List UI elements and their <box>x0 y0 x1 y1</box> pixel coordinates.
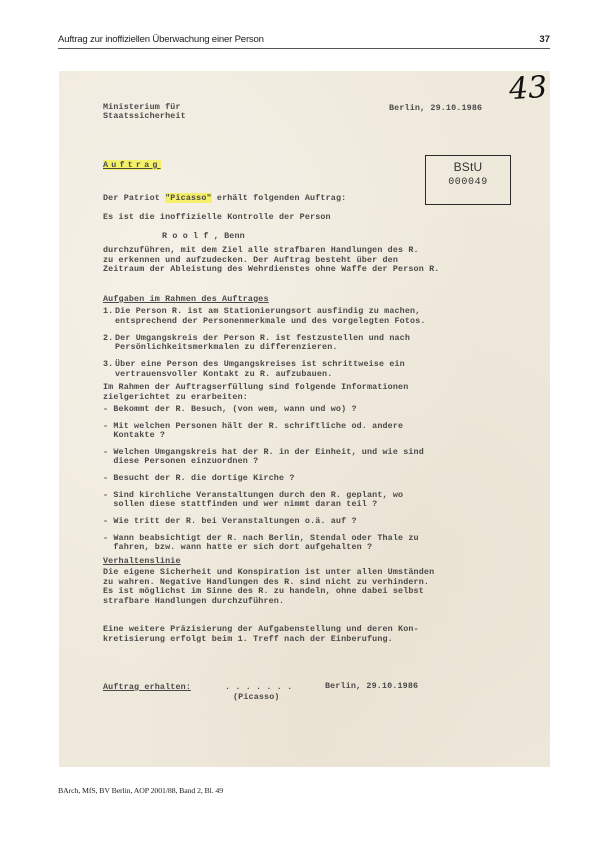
signature-dots: . . . . . . . <box>225 683 292 692</box>
intro-line: Der Patriot "Picasso" erhält folgenden A… <box>103 194 346 203</box>
handwritten-folio-number: 43 <box>508 70 549 108</box>
conduct-line: Die eigene Sicherheit und Konspiration i… <box>103 568 434 577</box>
task-number: 3. <box>103 360 113 369</box>
purpose-line: Zeitraum der Ableistung des Wehrdienstes… <box>103 265 439 274</box>
question-line: - Bekommt der R. Besuch, (von wem, wann … <box>103 405 357 414</box>
tasks-heading: Aufgaben im Rahmen des Auftrages <box>103 295 269 304</box>
info-intro-line: zielgerichtet zu erarbeiten: <box>103 393 248 402</box>
closing-line: Eine weitere Präzisierung der Aufgabenst… <box>103 625 419 634</box>
running-head: Auftrag zur inoffiziellen Überwachung ei… <box>58 34 550 49</box>
question-line: - Wie tritt der R. bei Veranstaltungen o… <box>103 517 357 526</box>
task-line: Über eine Person des Umgangskreises ist … <box>115 360 405 369</box>
control-line: Es ist die inoffizielle Kontrolle der Pe… <box>103 213 331 222</box>
task-line: entsprechend der Personenmerkmale und de… <box>115 317 426 326</box>
received-label: Auftrag erhalten: <box>103 683 191 692</box>
closing-line: kretisierung erfolgt beim 1. Treff nach … <box>103 635 393 644</box>
document-heading: Auftrag <box>103 161 161 170</box>
signature-name: (Picasso) <box>233 693 280 702</box>
conduct-heading: Verhaltenslinie <box>103 557 181 566</box>
codename: "Picasso" <box>165 193 212 203</box>
received-place-date: Berlin, 29.10.1986 <box>325 682 418 691</box>
task-line: Die Person R. ist am Stationierungsort a… <box>115 307 420 316</box>
intro-prefix: Der Patriot <box>103 193 165 203</box>
info-intro-line: Im Rahmen der Auftragserfüllung sind fol… <box>103 383 408 392</box>
page-number: 37 <box>539 34 550 45</box>
task-line: vertrauensvoller Kontakt zu R. aufzubaue… <box>115 370 332 379</box>
question-line: diese Personen einzuordnen ? <box>103 457 258 466</box>
heading-text: Auftrag <box>103 160 161 170</box>
intro-suffix: erhält folgenden Auftrag: <box>212 193 347 203</box>
question-line: fahren, bzw. wann hatte er sich dort auf… <box>103 543 372 552</box>
running-head-title: Auftrag zur inoffiziellen Überwachung ei… <box>58 34 264 45</box>
conduct-line: Es ist möglichst im Sinne des R. zu hand… <box>103 587 424 596</box>
task-number: 1. <box>103 307 113 316</box>
question-line: sollen diese stattfinden und wer nimmt d… <box>103 500 377 509</box>
task-number: 2. <box>103 334 113 343</box>
source-caption: BArch, MfS, BV Berlin, AOP 2001/88, Band… <box>58 786 223 795</box>
question-line: - Besucht der R. die dortige Kirche ? <box>103 474 295 483</box>
purpose-line: durchzuführen, mit dem Ziel alle strafba… <box>103 246 419 255</box>
task-line: Persönlichkeitsmerkmalen zu differenzier… <box>115 343 338 352</box>
stamp-org: BStU <box>426 160 510 174</box>
header-place-date: Berlin, 29.10.1986 <box>389 104 482 113</box>
document-scan: 43 Ministerium für Staatssicherheit Berl… <box>59 71 550 767</box>
target-name: R o o l f , Benn <box>162 232 245 241</box>
issuer-line-2: Staatssicherheit <box>103 112 186 121</box>
stamp-number: 000049 <box>426 177 510 188</box>
conduct-line: strafbare Handlungen durchzuführen. <box>103 597 284 606</box>
bstu-stamp: BStU 000049 <box>425 155 511 205</box>
question-line: Kontakte ? <box>103 431 165 440</box>
